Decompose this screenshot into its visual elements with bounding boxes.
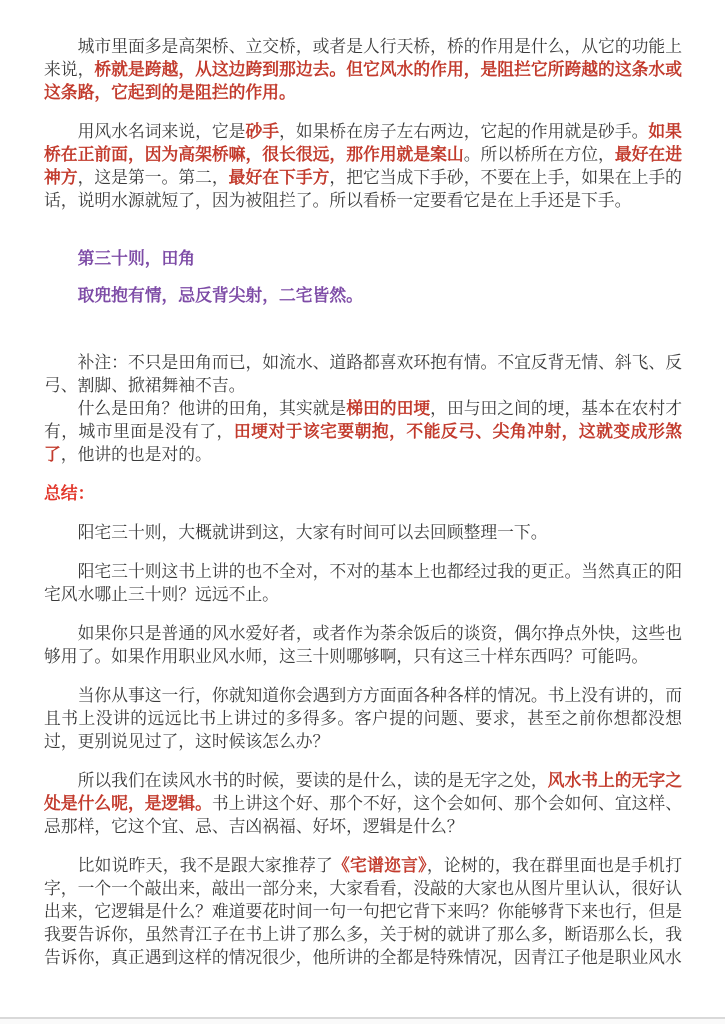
paragraph: 所以我们在读风水书的时候，要读的是什么，读的是无字之处，风水书上的无字之处是什么…	[44, 769, 682, 838]
text-run: 《宅谱迩言》	[333, 856, 427, 875]
paragraph: 用风水名词来说，它是砂手，如果桥在房子左右两边，它起的作用就是砂手。如果桥在正前…	[44, 120, 682, 212]
paragraph: 如果你只是普通的风水爱好者，或者作为荼余饭后的谈资，偶尔挣点外快，这些也够用了。…	[44, 622, 682, 668]
summary-heading: 总结：	[44, 482, 682, 505]
section-heading-purple: 取兜抱有情，忌反背尖射，二宅皆然。	[44, 284, 682, 307]
text-run: 什么是田角？他讲的田角，其实就是	[78, 399, 347, 418]
text-run: 总结：	[44, 484, 94, 503]
text-run: ，他讲的也是对的。	[61, 445, 212, 464]
paragraph: 比如说昨天，我不是跟大家推荐了《宅谱迩言》，论树的，我在群里面也是手机打字，一个…	[44, 854, 682, 969]
page-bottom-edge	[0, 1017, 725, 1024]
text-run: 。所以桥所在方位，	[464, 145, 615, 164]
text-run: 梯田的田埂	[346, 399, 430, 418]
note-paragraph: 补注：不只是田角而已，如流水、道路都喜欢环抱有情。不宜反背无情、斜飞、反弓、割脚…	[44, 351, 682, 397]
paragraph: 什么是田角？他讲的田角，其实就是梯田的田埂，田与田之间的埂，基本在农村才有，城市…	[44, 397, 682, 466]
text-run: 最好在下手方	[229, 168, 330, 187]
text-run: 取兜抱有情，忌反背尖射，二宅皆然。	[78, 286, 363, 305]
section-heading-purple: 第三十则，田角	[44, 247, 682, 270]
paragraph: 城市里面多是高架桥、立交桥，或者是人行天桥，桥的作用是什么，从它的功能上来说，桥…	[44, 35, 682, 104]
text-run: 所以我们在读风水书的时候，要读的是什么，读的是无字之处，	[78, 771, 548, 790]
paragraph: 阳宅三十则，大概就讲到这，大家有时间可以去回顾整理一下。	[44, 521, 682, 544]
text-run: 用风水名词来说，它是	[78, 122, 246, 141]
text-run: 当你从事这一行，你就知道你会遇到方方面面各种各样的情况。书上没有讲的，而且书上没…	[44, 686, 682, 751]
text-run: 比如说昨天，我不是跟大家推荐了	[78, 856, 333, 875]
text-run: 如果你只是普通的风水爱好者，或者作为荼余饭后的谈资，偶尔挣点外快，这些也够用了。…	[44, 624, 682, 666]
text-run: 阳宅三十则这书上讲的也不全对，不对的基本上也都经过我的更正。当然真正的阳宅风水哪…	[44, 562, 682, 604]
text-run: 第三十则，田角	[78, 249, 195, 268]
text-run: 砂手	[245, 122, 279, 141]
text-run: ，如果桥在房子左右两边，它起的作用就是砂手。	[279, 122, 648, 141]
paragraph: 当你从事这一行，你就知道你会遇到方方面面各种各样的情况。书上没有讲的，而且书上没…	[44, 684, 682, 753]
text-run: 桥就是跨越，从这边跨到那边去。但它风水的作用，是阻拦它所跨越的这条水或这条路，它…	[44, 60, 682, 102]
document-page: 城市里面多是高架桥、立交桥，或者是人行天桥，桥的作用是什么，从它的功能上来说，桥…	[0, 0, 725, 969]
text-run: 阳宅三十则，大概就讲到这，大家有时间可以去回顾整理一下。	[78, 523, 548, 542]
text-run: ，这是第一。第二，	[78, 168, 229, 187]
paragraph: 阳宅三十则这书上讲的也不全对，不对的基本上也都经过我的更正。当然真正的阳宅风水哪…	[44, 560, 682, 606]
text-run: 补注：不只是田角而已，如流水、道路都喜欢环抱有情。不宜反背无情、斜飞、反弓、割脚…	[44, 353, 682, 395]
